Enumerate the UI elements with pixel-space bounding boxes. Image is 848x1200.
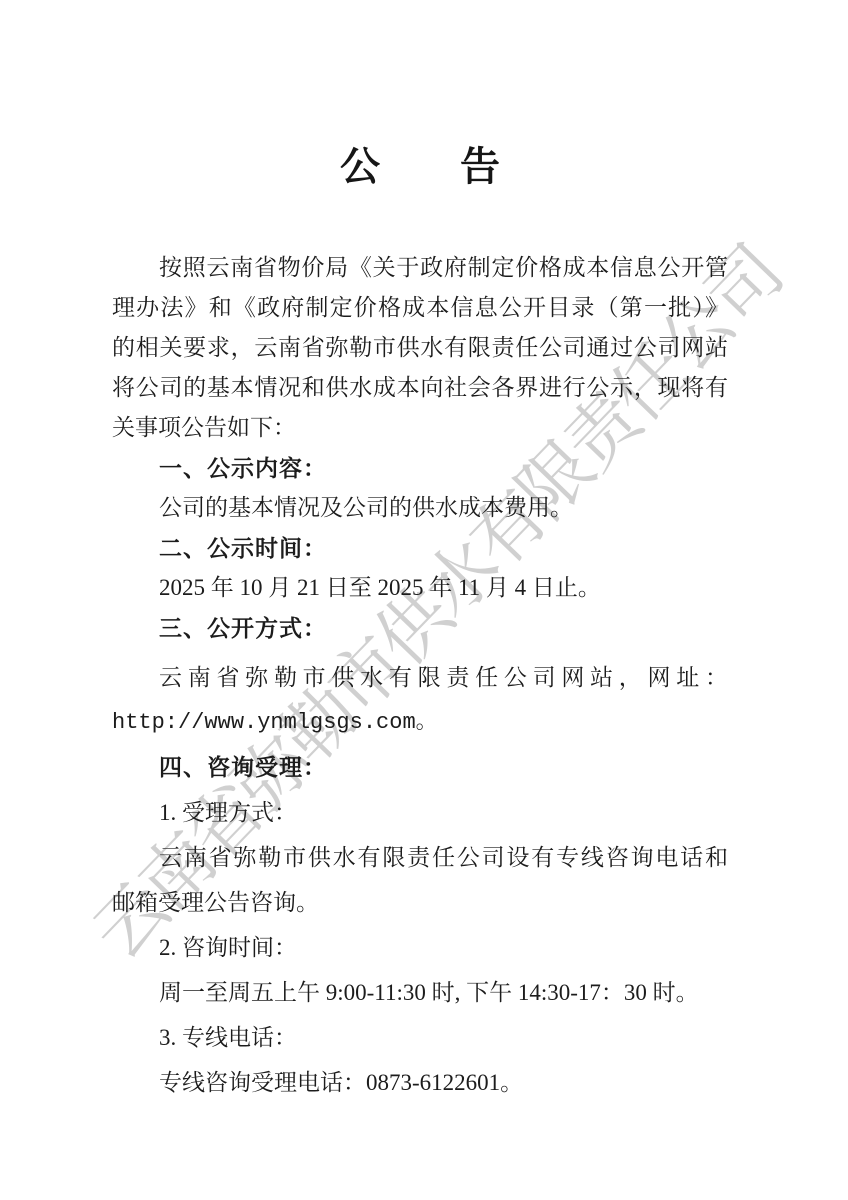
doc-line: 邮箱受理公告咨询。 [112, 880, 728, 925]
document-page: 云南省弥勒市供水有限责任公司 公 告 按照云南省物价局《关于政府制定价格成本信息… [0, 0, 848, 1200]
doc-line: 将公司的基本情况和供水成本向社会各界进行公示，现将有 [112, 368, 728, 408]
doc-line: 四、咨询受理： [112, 745, 728, 790]
doc-line: 2025 年 10 月 21 日至 2025 年 11 月 4 日止。 [112, 568, 728, 608]
doc-line: 关事项公告如下： [112, 408, 728, 448]
doc-line: 云南省弥勒市供水有限责任公司网站，网址： [112, 655, 728, 700]
doc-line: 2. 咨询时间： [112, 925, 728, 970]
doc-line: 3. 专线电话： [112, 1015, 728, 1060]
doc-line: 周一至周五上午 9:00-11:30 时, 下午 14:30-17：30 时。 [112, 970, 728, 1015]
doc-line: 二、公示时间： [112, 528, 728, 568]
doc-body: 按照云南省物价局《关于政府制定价格成本信息公开管理办法》和《政府制定价格成本信息… [112, 248, 728, 1105]
page-title: 公 告 [112, 145, 728, 189]
doc-line: 的相关要求，云南省弥勒市供水有限责任公司通过公司网站 [112, 328, 728, 368]
doc-line: 三、公开方式： [112, 608, 728, 648]
doc-line: 1. 受理方式： [112, 790, 728, 835]
doc-line: 公司的基本情况及公司的供水成本费用。 [112, 488, 728, 528]
doc-line: 一、公示内容： [112, 448, 728, 488]
doc-line: 按照云南省物价局《关于政府制定价格成本信息公开管 [112, 248, 728, 288]
doc-line: 理办法》和《政府制定价格成本信息公开目录（第一批）》 [112, 288, 728, 328]
document-content: 公 告 按照云南省物价局《关于政府制定价格成本信息公开管理办法》和《政府制定价格… [112, 145, 728, 1105]
doc-line: http://www.ynmlgsgs.com。 [112, 700, 728, 745]
doc-line: 专线咨询受理电话：0873-6122601。 [112, 1060, 728, 1105]
doc-line: 云南省弥勒市供水有限责任公司设有专线咨询电话和 [112, 835, 728, 880]
